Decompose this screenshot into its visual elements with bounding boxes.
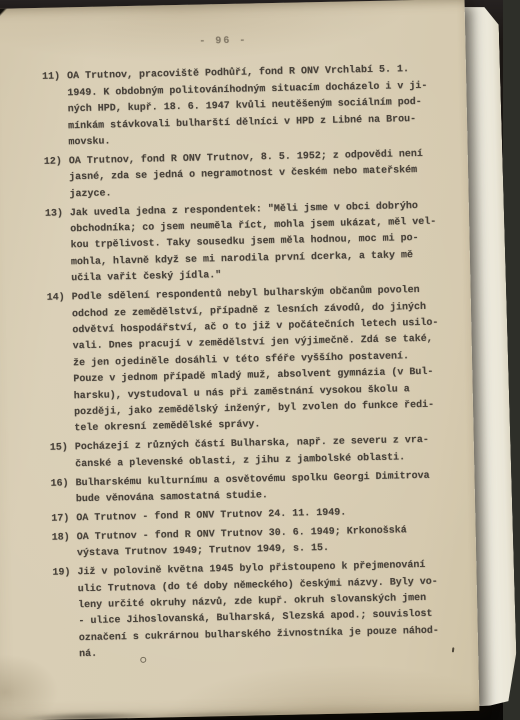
footnote-number: 19)	[52, 565, 79, 664]
footnote-item: 13) Jak uvedla jedna z respondentek: "Mě…	[45, 198, 457, 289]
footnote-number: 18)	[52, 530, 78, 563]
backdrop-corner-wedge	[0, 8, 17, 43]
footnote-item: 19) Již v polovině května 1945 bylo přis…	[52, 557, 464, 664]
footnote-item: 11) OA Trutnov, pracoviště Podhůří, fond…	[42, 62, 454, 153]
footnote-item: 12) OA Trutnov, fond R ONV Trutnov, 8. 5…	[44, 146, 455, 204]
footnote-number: 13)	[45, 206, 72, 289]
footnote-number: 16)	[50, 476, 76, 509]
footnote-text: OA Trutnov, fond R ONV Trutnov, 8. 5. 19…	[69, 147, 424, 204]
footnote-number: 12)	[44, 154, 70, 204]
footnote-number: 11)	[42, 70, 69, 153]
footnote-text: OA Trutnov - fond R ONV Trutnov 30. 6. 1…	[77, 523, 408, 563]
footnote-item: 18) OA Trutnov - fond R ONV Trutnov 30. …	[52, 522, 463, 563]
footnote-text: Jak uvedla jedna z respondentek: "Měli j…	[70, 198, 438, 288]
paper-smudge	[19, 703, 329, 720]
notes-list: 11) OA Trutnov, pracoviště Podhůří, fond…	[42, 62, 464, 665]
footnote-text: OA Trutnov, pracoviště Podhůří, fond R O…	[67, 62, 429, 152]
photo-backdrop: - 96 - 11) OA Trutnov, pracoviště Podhůř…	[0, 0, 520, 720]
document-page: - 96 - 11) OA Trutnov, pracoviště Podhůř…	[0, 0, 479, 720]
footnote-number: 15)	[50, 441, 76, 474]
page-number: - 96 -	[41, 30, 405, 54]
page-content: - 96 - 11) OA Trutnov, pracoviště Podhůř…	[41, 29, 464, 667]
footnote-number: 14)	[47, 290, 75, 438]
footnote-number: 17)	[51, 511, 76, 528]
footnote-item: 15) Pocházejí z různých částí Bulharska,…	[50, 433, 461, 474]
footnote-text: Již v polovině května 1945 bylo přistoup…	[77, 558, 439, 664]
footnote-item: 14) Podle sdělení respondentů nebyl bulh…	[47, 282, 460, 438]
footnote-text: Podle sdělení respondentů nebyl bulharsk…	[72, 283, 441, 438]
footnote-text: Bulharskému kulturnímu a osvětovému spol…	[75, 468, 430, 508]
footnote-item: 16) Bulharskému kulturnímu a osvětovému …	[50, 468, 461, 509]
paper-speck	[140, 657, 146, 663]
footnote-text: Pocházejí z různých částí Bulharska, nap…	[75, 433, 430, 473]
